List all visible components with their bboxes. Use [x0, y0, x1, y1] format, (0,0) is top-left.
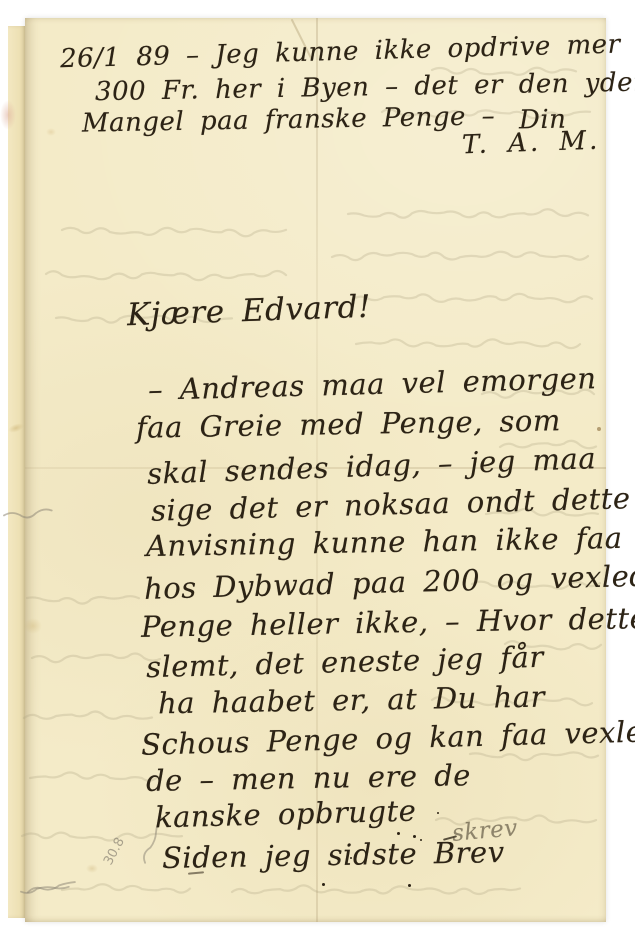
stain: [24, 618, 42, 634]
note-line-3: Mangel paa franske Penge –: [82, 103, 496, 136]
ink-speck: [420, 839, 422, 841]
body-line: kanske opbrugte: [155, 797, 417, 833]
body-line: de – men nu ere de: [146, 761, 471, 796]
body-line: faa Greie med Penge, som: [136, 406, 561, 442]
body-line: ha haabet er, at Du har: [158, 683, 545, 719]
stain: [86, 864, 98, 873]
stain: [0, 100, 16, 130]
stain: [46, 128, 56, 136]
ink-speck: [397, 832, 400, 835]
note-signature: T. A. M.: [462, 128, 601, 159]
inserted-word: skrev: [451, 817, 519, 846]
ink-speck: [597, 427, 601, 431]
ink-speck: [350, 857, 352, 859]
ink-speck: [413, 835, 416, 838]
scan-background: 26/1 89 – Jeg kunne ikke opdrive mer end…: [0, 0, 635, 950]
ink-speck: [322, 883, 325, 886]
body-line: Anvisning kunne han ikke faa: [146, 524, 623, 561]
ink-speck: [408, 884, 411, 887]
ink-speck: [437, 812, 439, 814]
body-line: Penge heller ikke, – Hvor dette er: [141, 603, 635, 642]
salutation: Kjære Edvard!: [127, 292, 372, 331]
